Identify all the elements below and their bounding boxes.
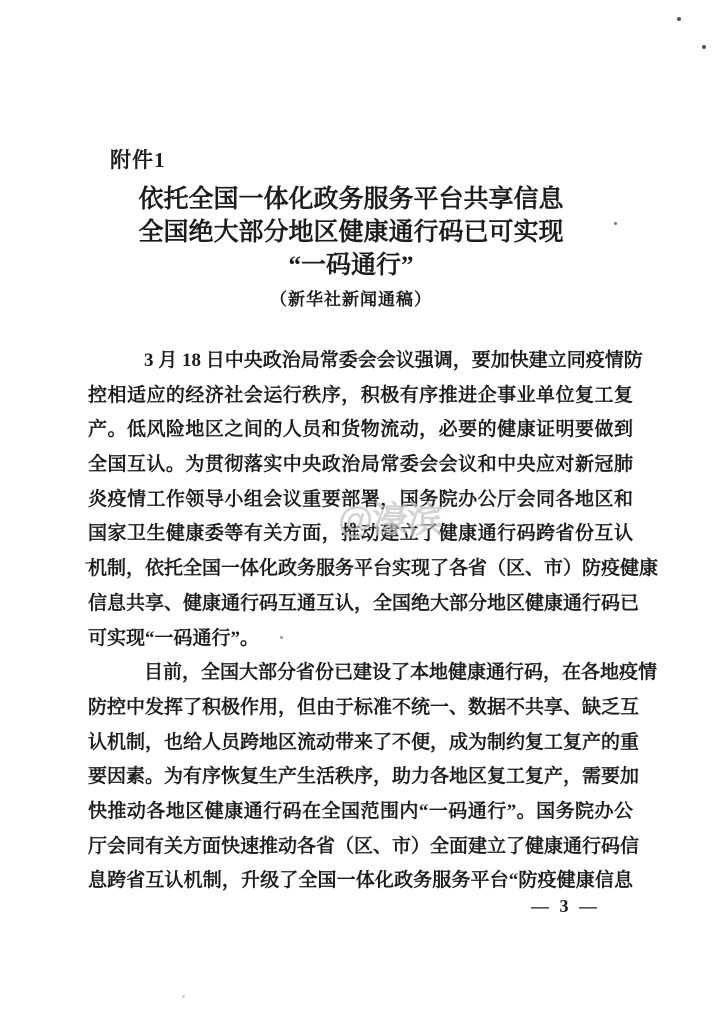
document-title: 依托全国一体化政务服务平台共享信息 全国绝大部分地区健康通行码已可实现 “一码通… bbox=[0, 183, 702, 310]
title-line-2: 全国绝大部分地区健康通行码已可实现 bbox=[0, 216, 702, 249]
body-text: 3 月 18 日中央政治局常委会会议强调，要加快建立同疫情防 控相适应的经济社会… bbox=[88, 344, 633, 899]
paragraph2-line: 要因素。为有序恢复生产生活秩序，助力各地区复工复产，需要加 bbox=[88, 760, 633, 795]
scan-speck bbox=[182, 995, 185, 998]
paragraph2-line: 目前，全国大部分省份已建设了本地健康通行码，在各地疫情 bbox=[88, 656, 633, 691]
scan-speck bbox=[677, 17, 681, 21]
paragraph1-line: 控相适应的经济社会运行秩序，积极有序推进企事业单位复工复 bbox=[88, 379, 633, 414]
forum-watermark: @濠滨 bbox=[338, 492, 442, 543]
paragraph1-line: 信息共享、健康通行码互通互认，全国绝大部分地区健康通行码已 bbox=[88, 587, 633, 622]
document-subtitle: （新华社新闻通稿） bbox=[0, 285, 702, 310]
paragraph2-line: 认机制，也给人员跨地区流动带来了不便，成为制约复工复产的重 bbox=[88, 726, 633, 761]
scan-speck bbox=[280, 636, 283, 639]
document-page: 附件1 依托全国一体化政务服务平台共享信息 全国绝大部分地区健康通行码已可实现 … bbox=[0, 0, 720, 1033]
paragraph1-line: 全国互认。为贯彻落实中央政治局常委会会议和中央应对新冠肺 bbox=[88, 448, 633, 483]
paragraph1-line: 产。低风险地区之间的人员和货物流动，必要的健康证明要做到 bbox=[88, 413, 633, 448]
scan-speck bbox=[614, 222, 617, 225]
attachment-label: 附件1 bbox=[110, 144, 166, 174]
paragraph2-line: 防控中发挥了积极作用，但由于标准不统一、数据不共享、缺乏互 bbox=[88, 691, 633, 726]
paragraph2-line: 快推动各地区健康通行码在全国范围内“一码通行”。国务院办公 bbox=[88, 795, 633, 830]
title-line-1: 依托全国一体化政务服务平台共享信息 bbox=[0, 183, 702, 216]
page-number: — 3 — bbox=[531, 896, 600, 917]
scan-speck bbox=[85, 562, 89, 564]
paragraph1-line: 3 月 18 日中央政治局常委会会议强调，要加快建立同疫情防 bbox=[88, 344, 633, 379]
scan-speck bbox=[702, 45, 706, 49]
paragraph2-line: 息跨省互认机制，升级了全国一体化政务服务平台“防疫健康信息 bbox=[88, 864, 633, 899]
title-line-3: “一码通行” bbox=[0, 249, 702, 282]
paragraph2-line: 厅会同有关方面快速推动各省（区、市）全面建立了健康通行码信 bbox=[88, 830, 633, 865]
paragraph1-line: 机制，依托全国一体化政务服务平台实现了各省（区、市）防疫健康 bbox=[88, 552, 633, 587]
paragraph1-line: 可实现“一码通行”。 bbox=[88, 622, 633, 657]
